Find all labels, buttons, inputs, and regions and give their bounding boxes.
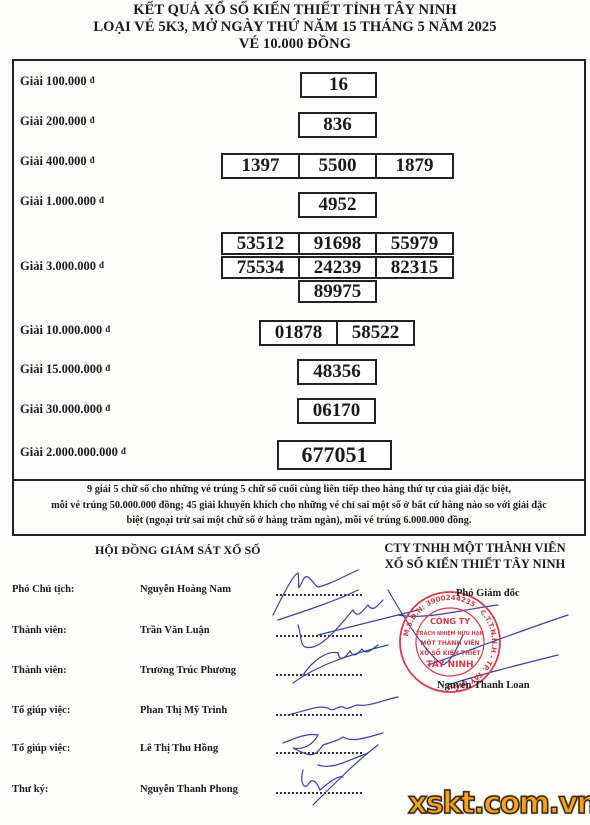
site-watermark: xskt.com.vn	[408, 786, 590, 821]
company-stamp: M.S.D.N: 3900244235 - C.T.T.N.H.H - TP. …	[398, 590, 502, 694]
header-ticket-price: VÉ 10.000 ĐỒNG	[0, 36, 590, 53]
deputy-director-name: Nguyễn Thanh Loan	[437, 680, 530, 691]
prize-400k-number-3: 1879	[375, 153, 454, 179]
council-role-2: Thành viên:	[12, 625, 67, 636]
signature-line-2	[276, 629, 362, 637]
council-member-3: Trương Trúc Phương	[140, 665, 236, 676]
prize-3m-number-5: 24239	[298, 256, 377, 279]
prize-label-3m: Giải 3.000.000đ	[20, 259, 104, 274]
prize-label-15m: Giải 15.000.000đ	[20, 362, 110, 377]
signature-line-4	[276, 708, 362, 716]
svg-text:CÔNG TY: CÔNG TY	[430, 615, 470, 626]
deputy-director-title: Phó Giám đốc	[456, 588, 520, 599]
prize-3m-number-6: 82315	[375, 256, 454, 279]
prize-label-1m: Giải 1.000.000đ	[20, 194, 104, 209]
company-name: CTY TNHH MỘT THÀNH VIÊN XỔ SỐ KIẾN THIẾT…	[360, 540, 590, 572]
prize-note: 9 giải 5 chữ số cho những vé trúng 5 chữ…	[14, 482, 584, 529]
prize-label-200k: Giải 200.000đ	[20, 114, 95, 129]
prize-label-special: Giải 2.000.000.000đ	[20, 445, 126, 460]
council-title: HỘI ĐỒNG GIÁM SÁT XỔ SỐ	[95, 543, 260, 558]
council-role-3: Thành viên:	[12, 665, 67, 676]
prize-100k-number: 16	[300, 72, 377, 98]
svg-text:XỔ SỐ KIẾN THIẾT: XỔ SỐ KIẾN THIẾT	[420, 649, 482, 657]
prize-400k-number-2: 5500	[298, 153, 377, 179]
prize-200k-number: 836	[298, 112, 377, 138]
prize-3m-number-4: 75534	[221, 256, 300, 279]
prize-special-number: 677051	[277, 440, 392, 470]
signature-line-3	[276, 668, 362, 676]
prize-400k-number-1: 1397	[221, 153, 300, 179]
svg-text:TRÁCH NHIỆM HỮU HẠN: TRÁCH NHIỆM HỮU HẠN	[416, 629, 484, 637]
council-member-2: Trần Văn Luận	[140, 625, 210, 636]
prize-1m-number: 4952	[298, 192, 377, 218]
prize-label-400k: Giải 400.000đ	[20, 154, 95, 169]
prize-10m-number-1: 01878	[259, 320, 338, 346]
council-role-5: Tổ giúp việc:	[12, 743, 70, 754]
prize-15m-number: 48356	[297, 359, 377, 385]
council-role-6: Thư ký:	[12, 784, 48, 795]
svg-text:TÂY NINH: TÂY NINH	[426, 658, 473, 670]
note-divider	[14, 479, 584, 481]
prize-3m-number-3: 55979	[375, 232, 454, 255]
prize-3m-number-7: 89975	[298, 280, 377, 303]
document-header: KẾT QUẢ XỔ SỐ KIẾN THIẾT TỈNH TÂY NINH L…	[0, 2, 590, 53]
prize-label-10m: Giải 10.000.000đ	[20, 323, 110, 338]
svg-text:MỘT THÀNH VIÊN: MỘT THÀNH VIÊN	[420, 639, 479, 647]
council-member-5: Lê Thị Thu Hồng	[140, 743, 218, 754]
prize-30m-number: 06170	[297, 398, 376, 424]
prize-label-100k: Giải 100.000đ	[20, 74, 95, 89]
council-role-1: Phó Chủ tịch:	[12, 584, 74, 595]
prize-3m-number-2: 91698	[298, 232, 377, 255]
header-ticket-type: LOẠI VÉ 5K3, MỞ NGÀY THỨ NĂM 15 THÁNG 5 …	[0, 19, 590, 36]
signature-line-1	[276, 588, 362, 596]
council-member-4: Phan Thị Mỹ Trinh	[140, 705, 227, 716]
signature-line-5	[276, 746, 362, 754]
header-title: KẾT QUẢ XỔ SỐ KIẾN THIẾT TỈNH TÂY NINH	[0, 2, 590, 19]
council-member-6: Nguyễn Thanh Phong	[140, 784, 238, 795]
prize-label-30m: Giải 30.000.000đ	[20, 402, 110, 417]
council-role-4: Tổ giúp việc:	[12, 705, 70, 716]
prize-3m-number-1: 53512	[221, 232, 300, 255]
signature-line-6	[276, 786, 362, 794]
council-member-1: Nguyễn Hoàng Nam	[140, 584, 231, 595]
prize-10m-number-2: 58522	[336, 320, 415, 346]
